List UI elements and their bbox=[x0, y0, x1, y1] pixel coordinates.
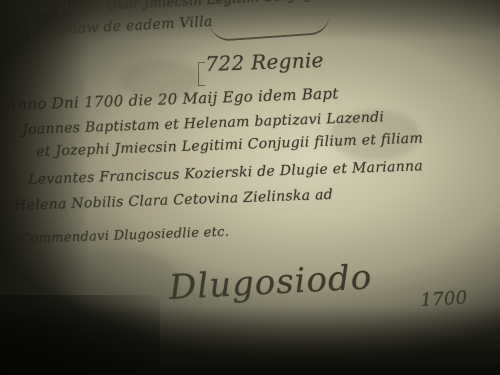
vignette-bottom-left bbox=[0, 295, 160, 375]
margin-bracket bbox=[198, 62, 205, 86]
signature: Dlugosiodo bbox=[168, 257, 373, 308]
entry-heading: 722 Regnie bbox=[205, 48, 324, 76]
manuscript-page: et Dorot. Uxor Jmiecsin Legitim Conjug. … bbox=[0, 0, 500, 375]
